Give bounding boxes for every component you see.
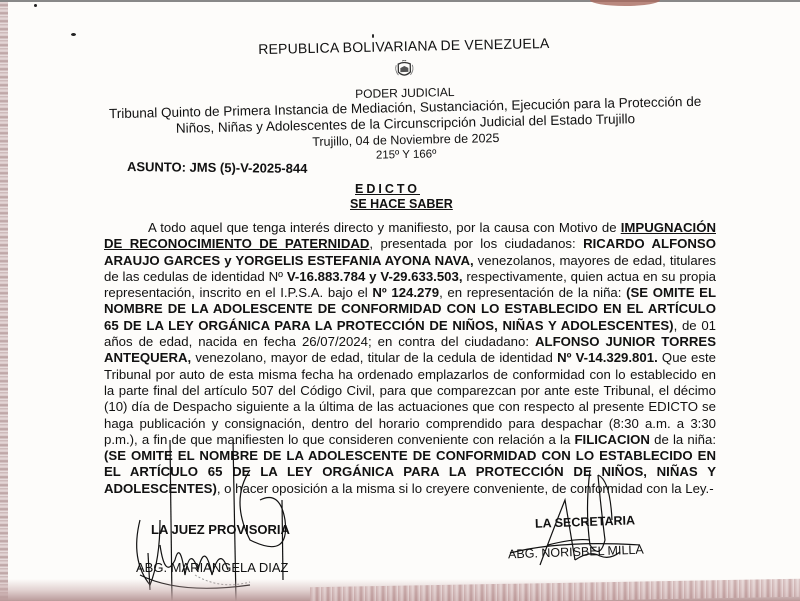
body-text-segment: , en representación de la niña: [439, 285, 626, 300]
scanned-document-page: REPUBLICA BOLIVARIANA DE VENEZUELA PODER… [0, 0, 800, 601]
speck [372, 34, 374, 38]
ipsa-number: Nº 124.279 [372, 285, 439, 300]
body-text-segment: de la niña: [650, 432, 716, 447]
paper-stain [590, 0, 660, 6]
judge-name: ABG. MARIANGELA DIAZ [136, 560, 288, 575]
speck [71, 33, 76, 36]
paper-edge-left [0, 0, 8, 601]
secretary-title: LA SECRETARIA [535, 513, 635, 530]
document-header: REPUBLICA BOLIVARIANA DE VENEZUELA PODER… [99, 32, 711, 170]
secretary-name: ABG. NORISBEL MILLA [508, 543, 644, 562]
body-text-segment: , o hacer oposición a la misma si lo cre… [217, 481, 714, 496]
document-subtitle: SE HACE SABER [350, 197, 453, 211]
edict-body: A todo aquel que tenga interés directo y… [104, 220, 716, 497]
plaintiffs-ids: V-16.883.784 y V-29.633.503, [287, 269, 463, 284]
case-number: ASUNTO: JMS (5)-V-2025-844 [127, 159, 308, 176]
filiation-keyword: FILICACION [574, 432, 649, 447]
defendant-id: Nº V-14.329.801. [557, 350, 658, 365]
body-text-segment: , presentada por los ciudadanos: [369, 236, 583, 251]
body-text-segment: venezolano, mayor de edad, titular de la… [191, 350, 557, 365]
judge-title: LA JUEZ PROVISORIA [151, 522, 290, 537]
body-text-segment: A todo aquel que tenga interés directo y… [148, 220, 621, 235]
document-title: EDICTO [355, 182, 420, 196]
coat-of-arms-icon [393, 60, 415, 80]
country-heading: REPUBLICA BOLIVARIANA DE VENEZUELA [99, 32, 709, 61]
paper-edge-top [0, 0, 800, 2]
speck [34, 4, 37, 7]
